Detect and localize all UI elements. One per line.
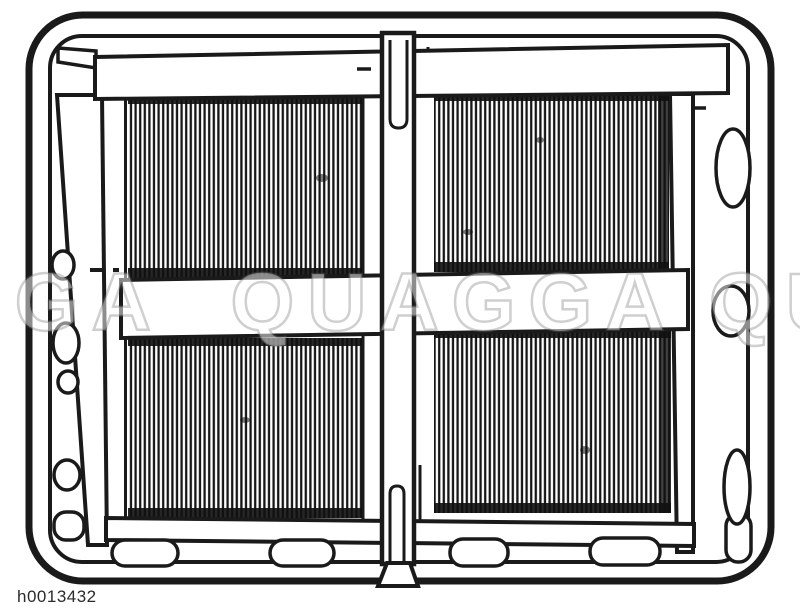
watermark-text-center: QUAGGA — [231, 257, 678, 348]
watermark-text-left: GGA — [0, 257, 164, 348]
watermark-text-right: QUA — [709, 257, 800, 348]
scanned-engraving-page: GGA QUAGGA QUA h0013432 — [0, 0, 800, 615]
frame-apparatus-engraving: GGA QUAGGA QUA — [0, 0, 800, 615]
bar-foot — [378, 563, 418, 586]
hatched-panel-bottom-left — [128, 338, 362, 518]
image-id-label: h0013432 — [17, 587, 97, 607]
hatched-panel-top-right — [434, 94, 669, 272]
hatched-panel-bottom-right — [434, 330, 671, 513]
hatched-panel-top-left — [128, 97, 362, 278]
